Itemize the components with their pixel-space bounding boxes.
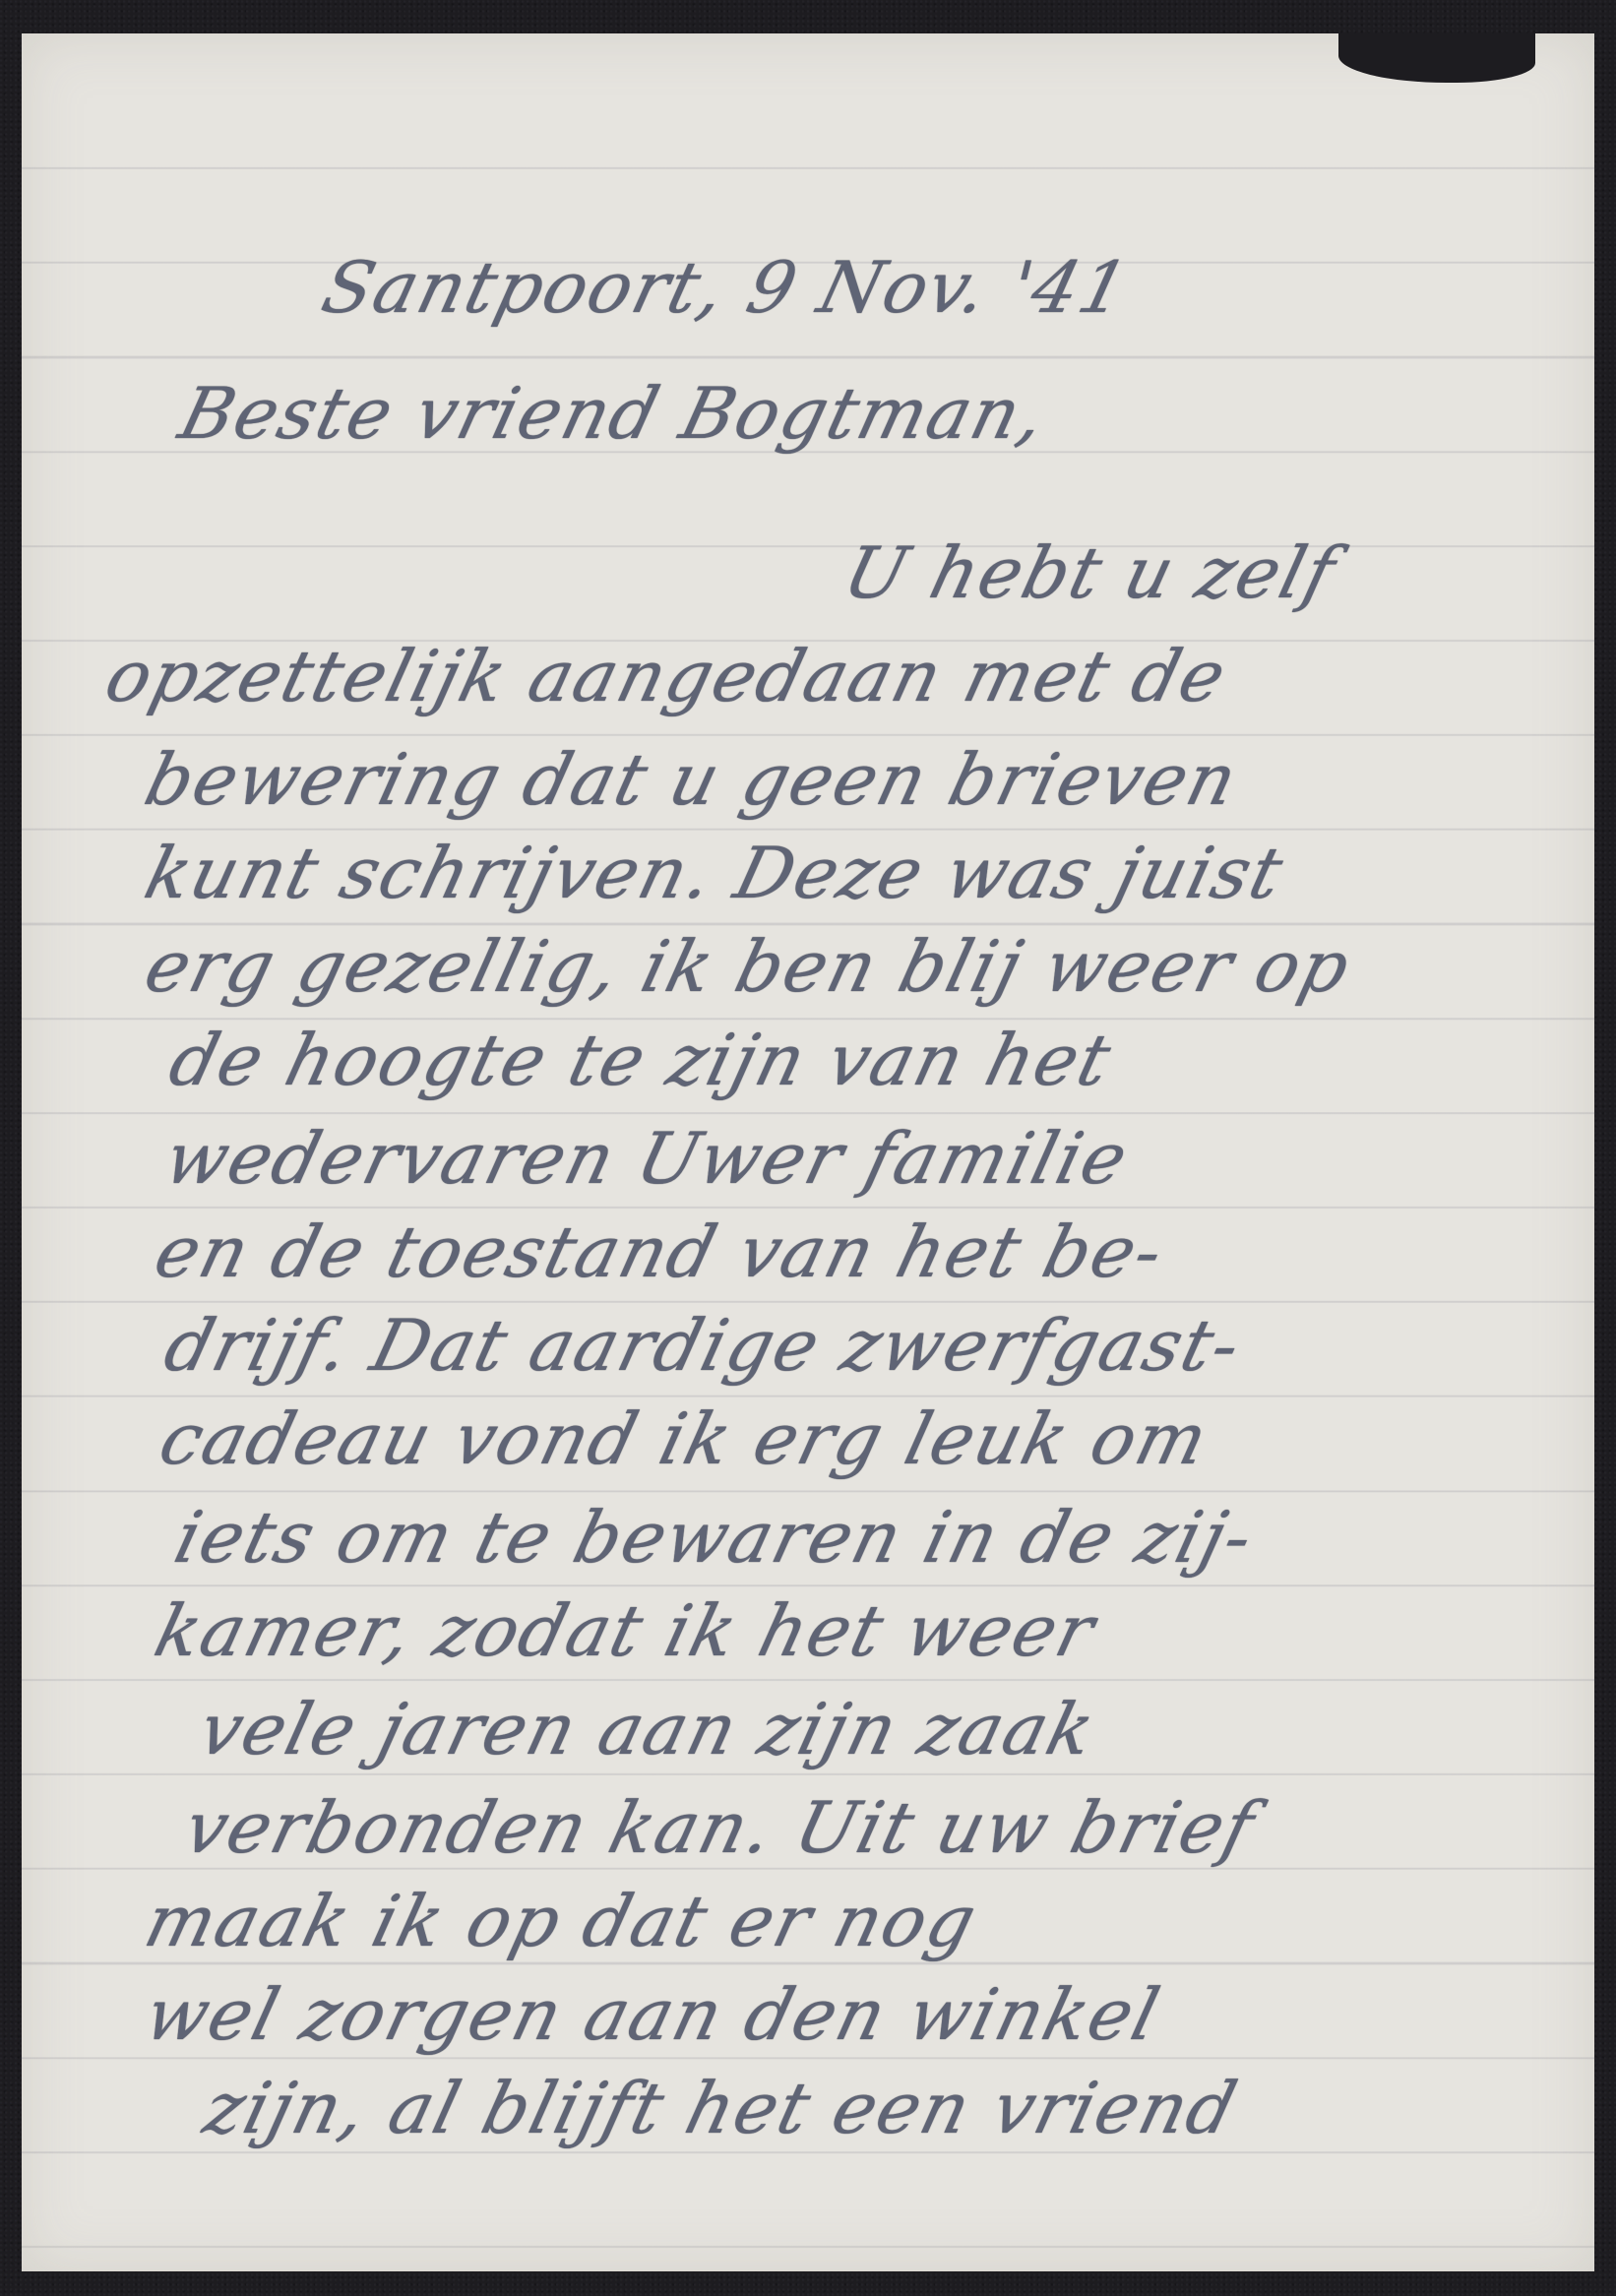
letter-line-7: wedervaren Uwer familie: [157, 1117, 1616, 1200]
letter-line-11: iets om te bewaren in de zij-: [167, 1496, 1616, 1579]
letter-line-3: bewering dat u geen brieven: [138, 738, 1616, 821]
letter-line-4: kunt schrijven. Deze was juist: [138, 832, 1616, 914]
letter-line-17: zijn, al blijft het een vriend: [197, 2067, 1616, 2149]
letter-line-8: en de toestand van het be-: [148, 1210, 1616, 1293]
letter-line-5: erg gezellig, ik ben blij weer op: [138, 925, 1616, 1008]
letter-line-12: kamer, zodat ik het weer: [148, 1589, 1616, 1672]
letter-line-10: cadeau vond ik erg leuk om: [153, 1397, 1616, 1480]
letter-line-1: U hebt u zelf: [837, 531, 1616, 614]
letter-line-2: opzettelijk aangedaan met de: [98, 635, 1616, 717]
letter-line-14: verbonden kan. Uit uw brief: [177, 1786, 1616, 1869]
letter-place-date: Santpoort, 9 Nov. '41: [315, 246, 1616, 329]
letter-line-15: maak ik op dat er nog: [138, 1880, 1616, 1962]
letter-line-16: wel zorgen aan den winkel: [138, 1973, 1616, 2056]
letter-line-9: drijf. Dat aardige zwerfgast-: [157, 1304, 1616, 1387]
letter-line-13: vele jaren aan zijn zaak: [192, 1688, 1616, 1770]
letter-line-6: de hoogte te zijn van het: [162, 1019, 1616, 1101]
letter-salutation: Beste vriend Bogtman,: [172, 372, 1616, 455]
